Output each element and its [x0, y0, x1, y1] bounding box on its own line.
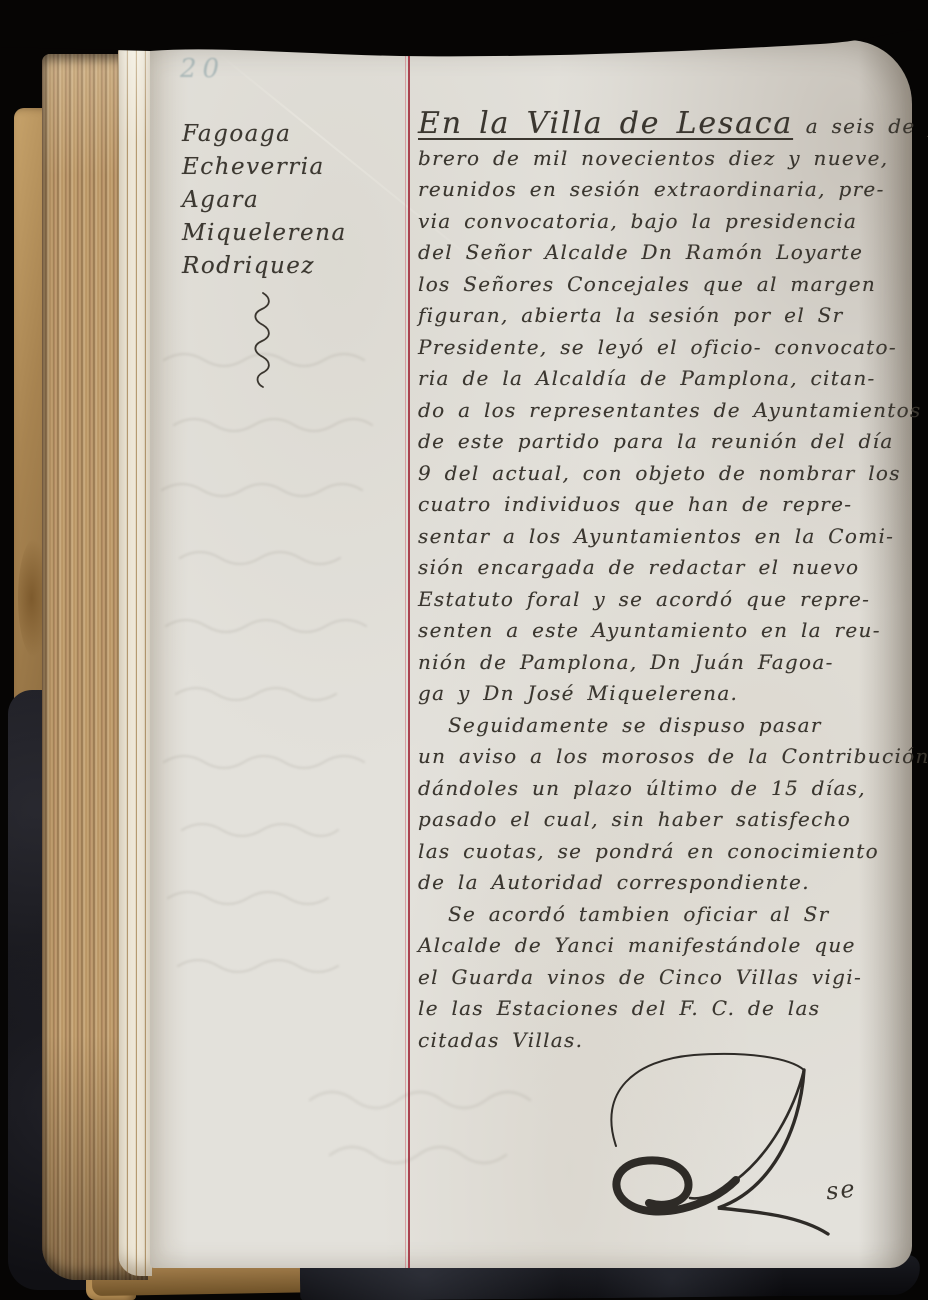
text-line: el Guarda vinos de Cinco Villas vigi- — [418, 962, 918, 994]
text-line: sentar a los Ayuntamientos en la Comi- — [418, 521, 918, 553]
text-line: En la Villa de Lesaca a seis de fe- — [418, 108, 918, 143]
text-line: pasado el cual, sin haber satisfecho — [418, 804, 918, 836]
text-line: Seguidamente se dispuso pasar — [418, 710, 918, 742]
manuscript-page: 20 FagoagaEcheverriaAgaraMiquelerenaRodr… — [150, 40, 912, 1268]
calligraphic-flourish-y — [598, 1048, 832, 1238]
text-line: un aviso a los morosos de la Contribució… — [418, 741, 918, 773]
margin-signatures: FagoagaEcheverriaAgaraMiquelerenaRodriqu… — [182, 118, 392, 283]
text-line: do a los representantes de Ayuntamientos — [418, 395, 918, 427]
text-line: de este partido para la reunión del día — [418, 426, 918, 458]
ink-showthrough — [154, 340, 399, 1040]
text-line: sión encargada de redactar el nuevo — [418, 552, 918, 584]
text-line: nión de Pamplona, Dn Juán Fagoa- — [418, 647, 918, 679]
margin-signature: Miquelerena — [182, 217, 392, 250]
text-line-continuation: a seis de fe- — [793, 114, 928, 138]
folio-number: 20 — [180, 54, 225, 84]
text-line: las cuotas, se pondrá en conocimiento — [418, 836, 918, 868]
text-line: ria de la Alcaldía de Pamplona, citan- — [418, 363, 918, 395]
margin-signature: Agara — [182, 184, 392, 217]
text-line: reunidos en sesión extraordinaria, pre- — [418, 174, 918, 206]
text-line: ga y Dn José Miquelerena. — [418, 678, 918, 710]
text-line: de la Autoridad correspondiente. — [418, 867, 918, 899]
opening-phrase: En la Villa de Lesaca — [418, 106, 793, 141]
catchword: se — [825, 1174, 858, 1205]
text-line: brero de mil novecientos diez y nueve, — [418, 143, 918, 175]
text-line: Estatuto foral y se acordó que repre- — [418, 584, 918, 616]
margin-signature: Echeverria — [182, 151, 392, 184]
photo-backdrop: 20 FagoagaEcheverriaAgaraMiquelerenaRodr… — [0, 0, 928, 1300]
text-line: Se acordó tambien oficiar al Sr — [418, 899, 918, 931]
text-line: del Señor Alcalde Dn Ramón Loyarte — [418, 237, 918, 269]
margin-signature: Fagoaga — [182, 118, 392, 151]
text-line: figuran, abierta la sesión por el Sr — [418, 300, 918, 332]
text-line: via convocatoria, bajo la presidencia — [418, 206, 918, 238]
text-line: Alcalde de Yanci manifestándole que — [418, 930, 918, 962]
text-line: 9 del actual, con objeto de nombrar los — [418, 458, 918, 490]
text-line: Presidente, se leyó el oficio- convocato… — [418, 332, 918, 364]
ink-showthrough-lower — [300, 1070, 560, 1190]
margin-signature: Rodriquez — [182, 250, 392, 283]
text-line: los Señores Concejales que al margen — [418, 269, 918, 301]
manuscript-body: En la Villa de Lesaca a seis de fe-brero… — [418, 108, 918, 1056]
text-line: le las Estaciones del F. C. de las — [418, 993, 918, 1025]
under-page-edges — [118, 46, 152, 1276]
text-line: senten a este Ayuntamiento en la reu- — [418, 615, 918, 647]
text-line: dándoles un plazo último de 15 días, — [418, 773, 918, 805]
text-line: cuatro individuos que han de repre- — [418, 489, 918, 521]
